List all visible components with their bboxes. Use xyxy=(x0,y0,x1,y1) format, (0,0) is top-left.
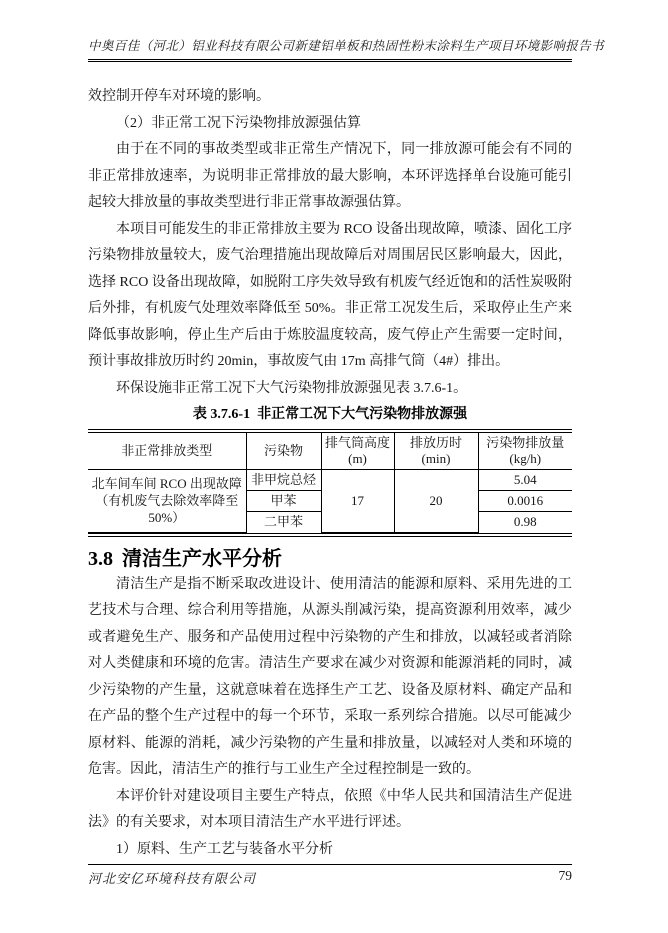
cell-rate-3: 0.98 xyxy=(478,511,572,532)
col-header-emission-type: 非正常排放类型 xyxy=(88,433,246,469)
section-number: 3.8 xyxy=(88,548,113,570)
duration-unit: (min) xyxy=(397,451,476,467)
paragraph-source-estimate: 由于在不同的事故类型或非正常生产情况下，同一排放源可能会有不同的非正常排放速率，… xyxy=(88,137,572,217)
col-header-duration: 排放历时 (min) xyxy=(394,433,478,469)
section-title: 清洁生产水平分析 xyxy=(122,548,282,570)
duration-label: 排放历时 xyxy=(410,435,462,450)
table-header-row: 非正常排放类型 污染物 排气筒高度 (m) 排放历时 (min) 污染物排放量 xyxy=(88,433,572,469)
stack-height-unit: (m) xyxy=(324,451,392,467)
header-double-rule xyxy=(88,59,572,62)
paragraph-evaluation-basis: 本评价针对建设项目主要生产特点，依照《中华人民共和国清洁生产促进法》的有关要求，… xyxy=(88,784,572,837)
stack-height-label: 排气筒高度 xyxy=(325,435,390,450)
cell-stack-height: 17 xyxy=(321,469,394,532)
cell-rate-1: 5.04 xyxy=(478,469,572,490)
table-caption: 表 3.7.6-1 非正常工况下大气污染物排放源强 xyxy=(88,405,572,425)
paragraph-clean-production-def: 清洁生产是指不断采取改进设计、使用清洁的能源和原料、采用先进的工艺技术与合理、综… xyxy=(88,572,572,784)
cell-pollutant-3: 二甲苯 xyxy=(246,511,321,532)
cell-duration: 20 xyxy=(394,469,478,532)
cell-emission-type: 北车间车间 RCO 出现故障（有机废气去除效率降至 50%） xyxy=(88,469,246,532)
table-caption-label: 表 3.7.6-1 xyxy=(193,407,250,422)
page-header-title: 中奥百佳（河北）铝业科技有限公司新建铝单板和热固性粉末涂料生产项目环境影响报告书 xyxy=(88,36,572,54)
document-page: 中奥百佳（河北）铝业科技有限公司新建铝单板和热固性粉末涂料生产项目环境影响报告书… xyxy=(0,0,668,933)
body-column: 效控制开停车对环境的影响。 （2）非正常工况下污染物排放源强估算 由于在不同的事… xyxy=(88,84,572,863)
col-header-pollutant: 污染物 xyxy=(246,433,321,469)
paragraph-table-ref: 环保设施非正常工况下大气污染物排放源强见表 3.7.6-1。 xyxy=(88,376,572,403)
footer-company-name: 河北安亿环境科技有限公司 xyxy=(88,868,256,887)
table-caption-title: 非正常工况下大气污染物排放源强 xyxy=(257,407,467,422)
footer-page-number: 79 xyxy=(559,868,573,884)
cell-pollutant-2: 甲苯 xyxy=(246,490,321,511)
col-header-emission-rate: 污染物排放量 (kg/h) xyxy=(478,433,572,469)
emission-rate-unit: (kg/h) xyxy=(481,451,571,467)
page-footer: 河北安亿环境科技有限公司 79 xyxy=(88,864,572,887)
emission-rate-label: 污染物排放量 xyxy=(486,435,564,450)
col-header-stack-height: 排气筒高度 (m) xyxy=(321,433,394,469)
cell-pollutant-1: 非甲烷总烃 xyxy=(246,469,321,490)
paragraph-rco-failure: 本项目可能发生的非正常排放主要为 RCO 设备出现故障，喷漆、固化工序污染物排放… xyxy=(88,217,572,376)
emission-table: 非正常排放类型 污染物 排气筒高度 (m) 排放历时 (min) 污染物排放量 xyxy=(88,433,572,533)
paragraph-continuation: 效控制开停车对环境的影响。 xyxy=(88,84,572,111)
paragraph-list-item-1: 1）原料、生产工艺与装备水平分析 xyxy=(88,837,572,864)
table-row: 北车间车间 RCO 出现故障（有机废气去除效率降至 50%） 非甲烷总烃 17 … xyxy=(88,469,572,490)
section-heading-3-8: 3.8清洁生产水平分析 xyxy=(88,546,572,572)
paragraph-subheading-2: （2）非正常工况下污染物排放源强估算 xyxy=(88,111,572,138)
cell-rate-2: 0.0016 xyxy=(478,490,572,511)
emission-table-wrapper: 非正常排放类型 污染物 排气筒高度 (m) 排放历时 (min) 污染物排放量 xyxy=(88,429,572,537)
